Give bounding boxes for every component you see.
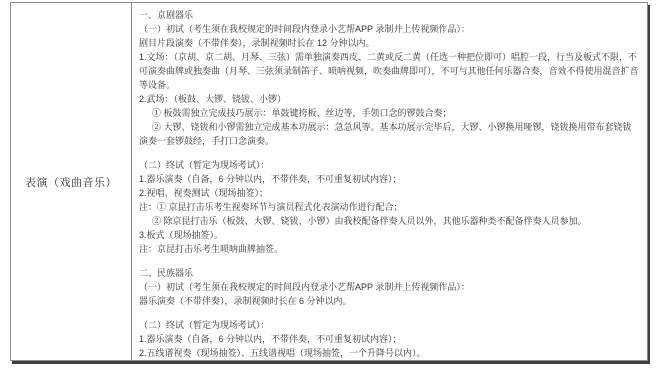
line-jingju-zhongshi-note-1: 注：① 京昆打击乐考生视奏环节与演员程式化表演动作进行配合； [139, 200, 639, 214]
line-minzu-section-title: 二、民族器乐 [139, 266, 639, 280]
line-jingju-chushi-item: 剧目片段演奏（不带伴奏），录制视频时长在 12 分钟以内。 [139, 36, 639, 50]
line-wuchang-heading: 2.武场：（板鼓、大锣、铙钹、小锣） [139, 92, 639, 106]
line-minzu-zhongshi-item-1: 1.器乐演奏（自备，6 分钟以内，不带伴奏，不可重复初试内容）； [139, 332, 639, 346]
line-jingju-section-title: 一、京剧器乐 [139, 8, 639, 22]
line-jingju-zhongshi-note-2: ② 除京昆打击乐（板鼓、大锣、铙钹、小锣）由我校配备伴奏人员以外，其他乐器种类不… [139, 214, 639, 228]
line-minzu-chushi-item: 器乐演奏（不带伴奏），录制视频时长在 6 分钟以内。 [139, 294, 639, 308]
line-wuchang-note-2: ② 大锣、铙钹和小锣需独立完成基本功展示：急急风等。基本功展示完毕后，大锣、小锣… [139, 120, 639, 148]
line-minzu-chushi-heading: （一）初试（考生须在我校规定的时间段内登录小艺帮APP 录制并上传视频作品）： [139, 280, 639, 294]
line-jingju-zhongshi-item-1: 1.器乐演奏（自备，6 分钟以内，不带伴奏，不可重复初试内容）； [139, 172, 639, 186]
line-jingju-zhongshi-item-3: 3.板式（现场抽签）。 [139, 228, 639, 242]
requirements-table: 表演（戏曲音乐） 一、京剧器乐 （一）初试（考生须在我校规定的时间段内登录小艺帮… [10, 2, 648, 361]
line-minzu-zhongshi-item-2: 2.五线谱视奏（现场抽签）、五线谱视唱（现场抽签，一个升降号以内）。 [139, 346, 639, 360]
row-label: 表演（戏曲音乐） [25, 174, 117, 190]
page: 表演（戏曲音乐） 一、京剧器乐 （一）初试（考生须在我校规定的时间段内登录小艺帮… [0, 0, 656, 370]
requirements-content-cell: 一、京剧器乐 （一）初试（考生须在我校规定的时间段内登录小艺帮APP 录制并上传… [132, 3, 647, 360]
line-wenchang-requirement: 1.文场：（京胡、京二胡、月琴、三弦）需单独演奏西皮、二黄或反二黄（任选一种把位… [139, 50, 639, 92]
line-minzu-zhongshi-heading: （二）终试（暂定为现场考试）： [139, 318, 639, 332]
line-wuchang-note-1: ① 板鼓需独立完成技巧展示：单鼓键挎板、丝边等，手领口念的锣鼓合奏； [139, 106, 639, 120]
line-jingju-zhongshi-item-2: 2.视唱、视奏测试（现场抽签）； [139, 186, 639, 200]
line-jingju-zhongshi-heading: （二）终试（暂定为现场考试）： [139, 158, 639, 172]
line-jingju-zhongshi-note-3: 注：京昆打击乐考生唢呐曲牌抽签。 [139, 242, 639, 256]
line-jingju-chushi-heading: （一）初试（考生须在我校规定的时间段内登录小艺帮APP 录制并上传视频作品）： [139, 22, 639, 36]
row-label-cell: 表演（戏曲音乐） [11, 3, 132, 360]
